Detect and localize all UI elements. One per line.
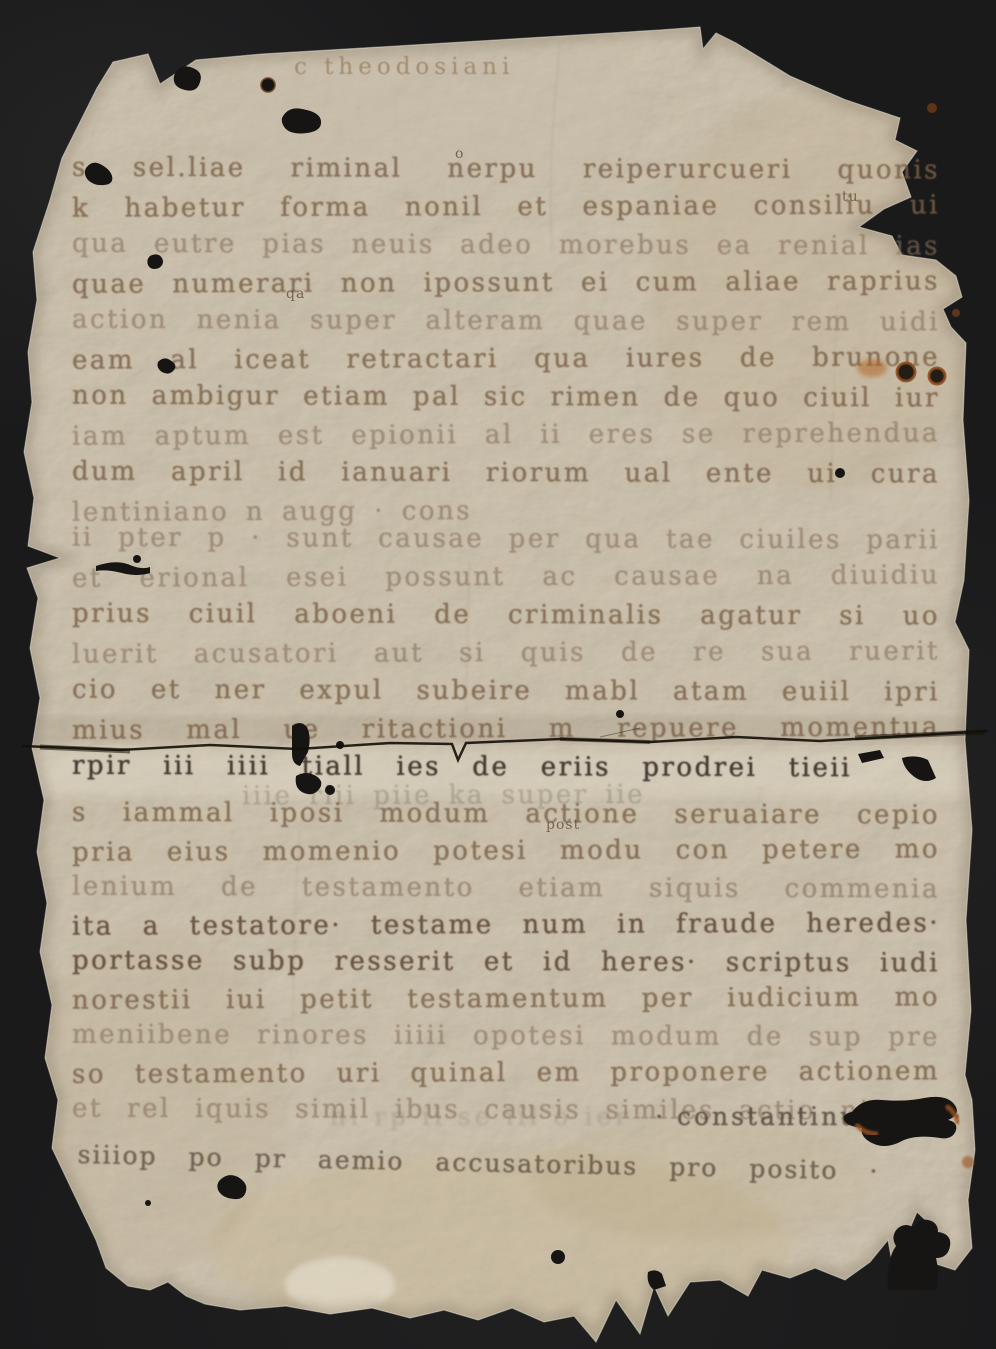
- manuscript-line: action nenia super alteram quae super re…: [72, 303, 940, 344]
- manuscript-line: mius mal ue ritactioni m repuere momentu…: [72, 710, 940, 751]
- manuscript-line: cio et ner expul subeire mabl atam euiil…: [72, 673, 940, 714]
- manuscript-line: pria eius momenio potesi modu con petere…: [72, 832, 940, 872]
- manuscript-line: so testamento uri quinal em proponere ac…: [72, 1054, 940, 1094]
- constantinus-aug-text: · constantinus aug ·: [655, 1102, 964, 1131]
- interlinear-insertion: tu: [842, 189, 859, 205]
- manuscript-line: meniibene rinores iiiii opotesi modum de…: [72, 1018, 940, 1058]
- manuscript-line: luerit acusatori aut si quis de re sua r…: [72, 634, 940, 675]
- interlinear-insertion: post: [546, 817, 580, 833]
- text-block-upper: s sel.liae riminal nerpu reiperurcueri q…: [72, 152, 940, 532]
- manuscript-line: prius ciuil aboeni de criminalis agatur …: [72, 597, 940, 638]
- manuscript-line: s iammal iposi modum actione seruaiare c…: [72, 796, 940, 836]
- manuscript-photo: c theodosiani s sel.liae riminal nerpu r…: [0, 0, 996, 1349]
- manuscript-line: qua eutre pias neuis adeo morebus ea ren…: [72, 227, 940, 268]
- closing-line: siiiop po pr aemio accusatoribus pro pos…: [77, 1140, 879, 1186]
- manuscript-line: dum april id ianuari riorum ual ente ui …: [72, 455, 940, 496]
- manuscript-line: iam aptum est epionii al ii eres se repr…: [72, 416, 940, 457]
- manuscript-line: lenium de testamento etiam siquis commen…: [72, 870, 940, 910]
- manuscript-line: ii pter p · sunt causae per qua tae ciui…: [72, 521, 940, 562]
- running-title: c theodosiani: [294, 54, 514, 80]
- text-block-lower: s iammal iposi modum actione seruaiare c…: [72, 797, 940, 1130]
- manuscript-line: quae numerari non ipossunt ei cum aliae …: [72, 264, 940, 305]
- manuscript-line: ita a testatore· testame num in fraude h…: [72, 906, 940, 946]
- manuscript-line: eam al iceat retractari qua iures de bru…: [72, 340, 940, 381]
- manuscript-line: s sel.liae riminal nerpu reiperurcueri q…: [72, 151, 940, 192]
- manuscript-text: c theodosiani s sel.liae riminal nerpu r…: [0, 0, 996, 1349]
- interlinear-insertion: qa: [286, 286, 305, 302]
- erased-text: ni rp ii se iil o ier: [330, 1102, 631, 1131]
- interlinear-insertion: o: [455, 146, 464, 162]
- manuscript-line: non ambigur etiam pal sic rimen de quo c…: [72, 379, 940, 420]
- manuscript-line: norestii iui petit testamentum per iudic…: [72, 980, 940, 1020]
- manuscript-line: portasse subp resserit et id heres· scri…: [72, 944, 940, 984]
- manuscript-line: k habetur forma nonil et espaniae consil…: [72, 188, 940, 229]
- manuscript-line: et erional esei possunt ac causae na diu…: [72, 558, 940, 599]
- text-block-middle: ii pter p · sunt causae per qua tae ciui…: [72, 522, 940, 816]
- subscription-line: ni rp ii se iil o ier · constantinus aug…: [330, 1102, 964, 1131]
